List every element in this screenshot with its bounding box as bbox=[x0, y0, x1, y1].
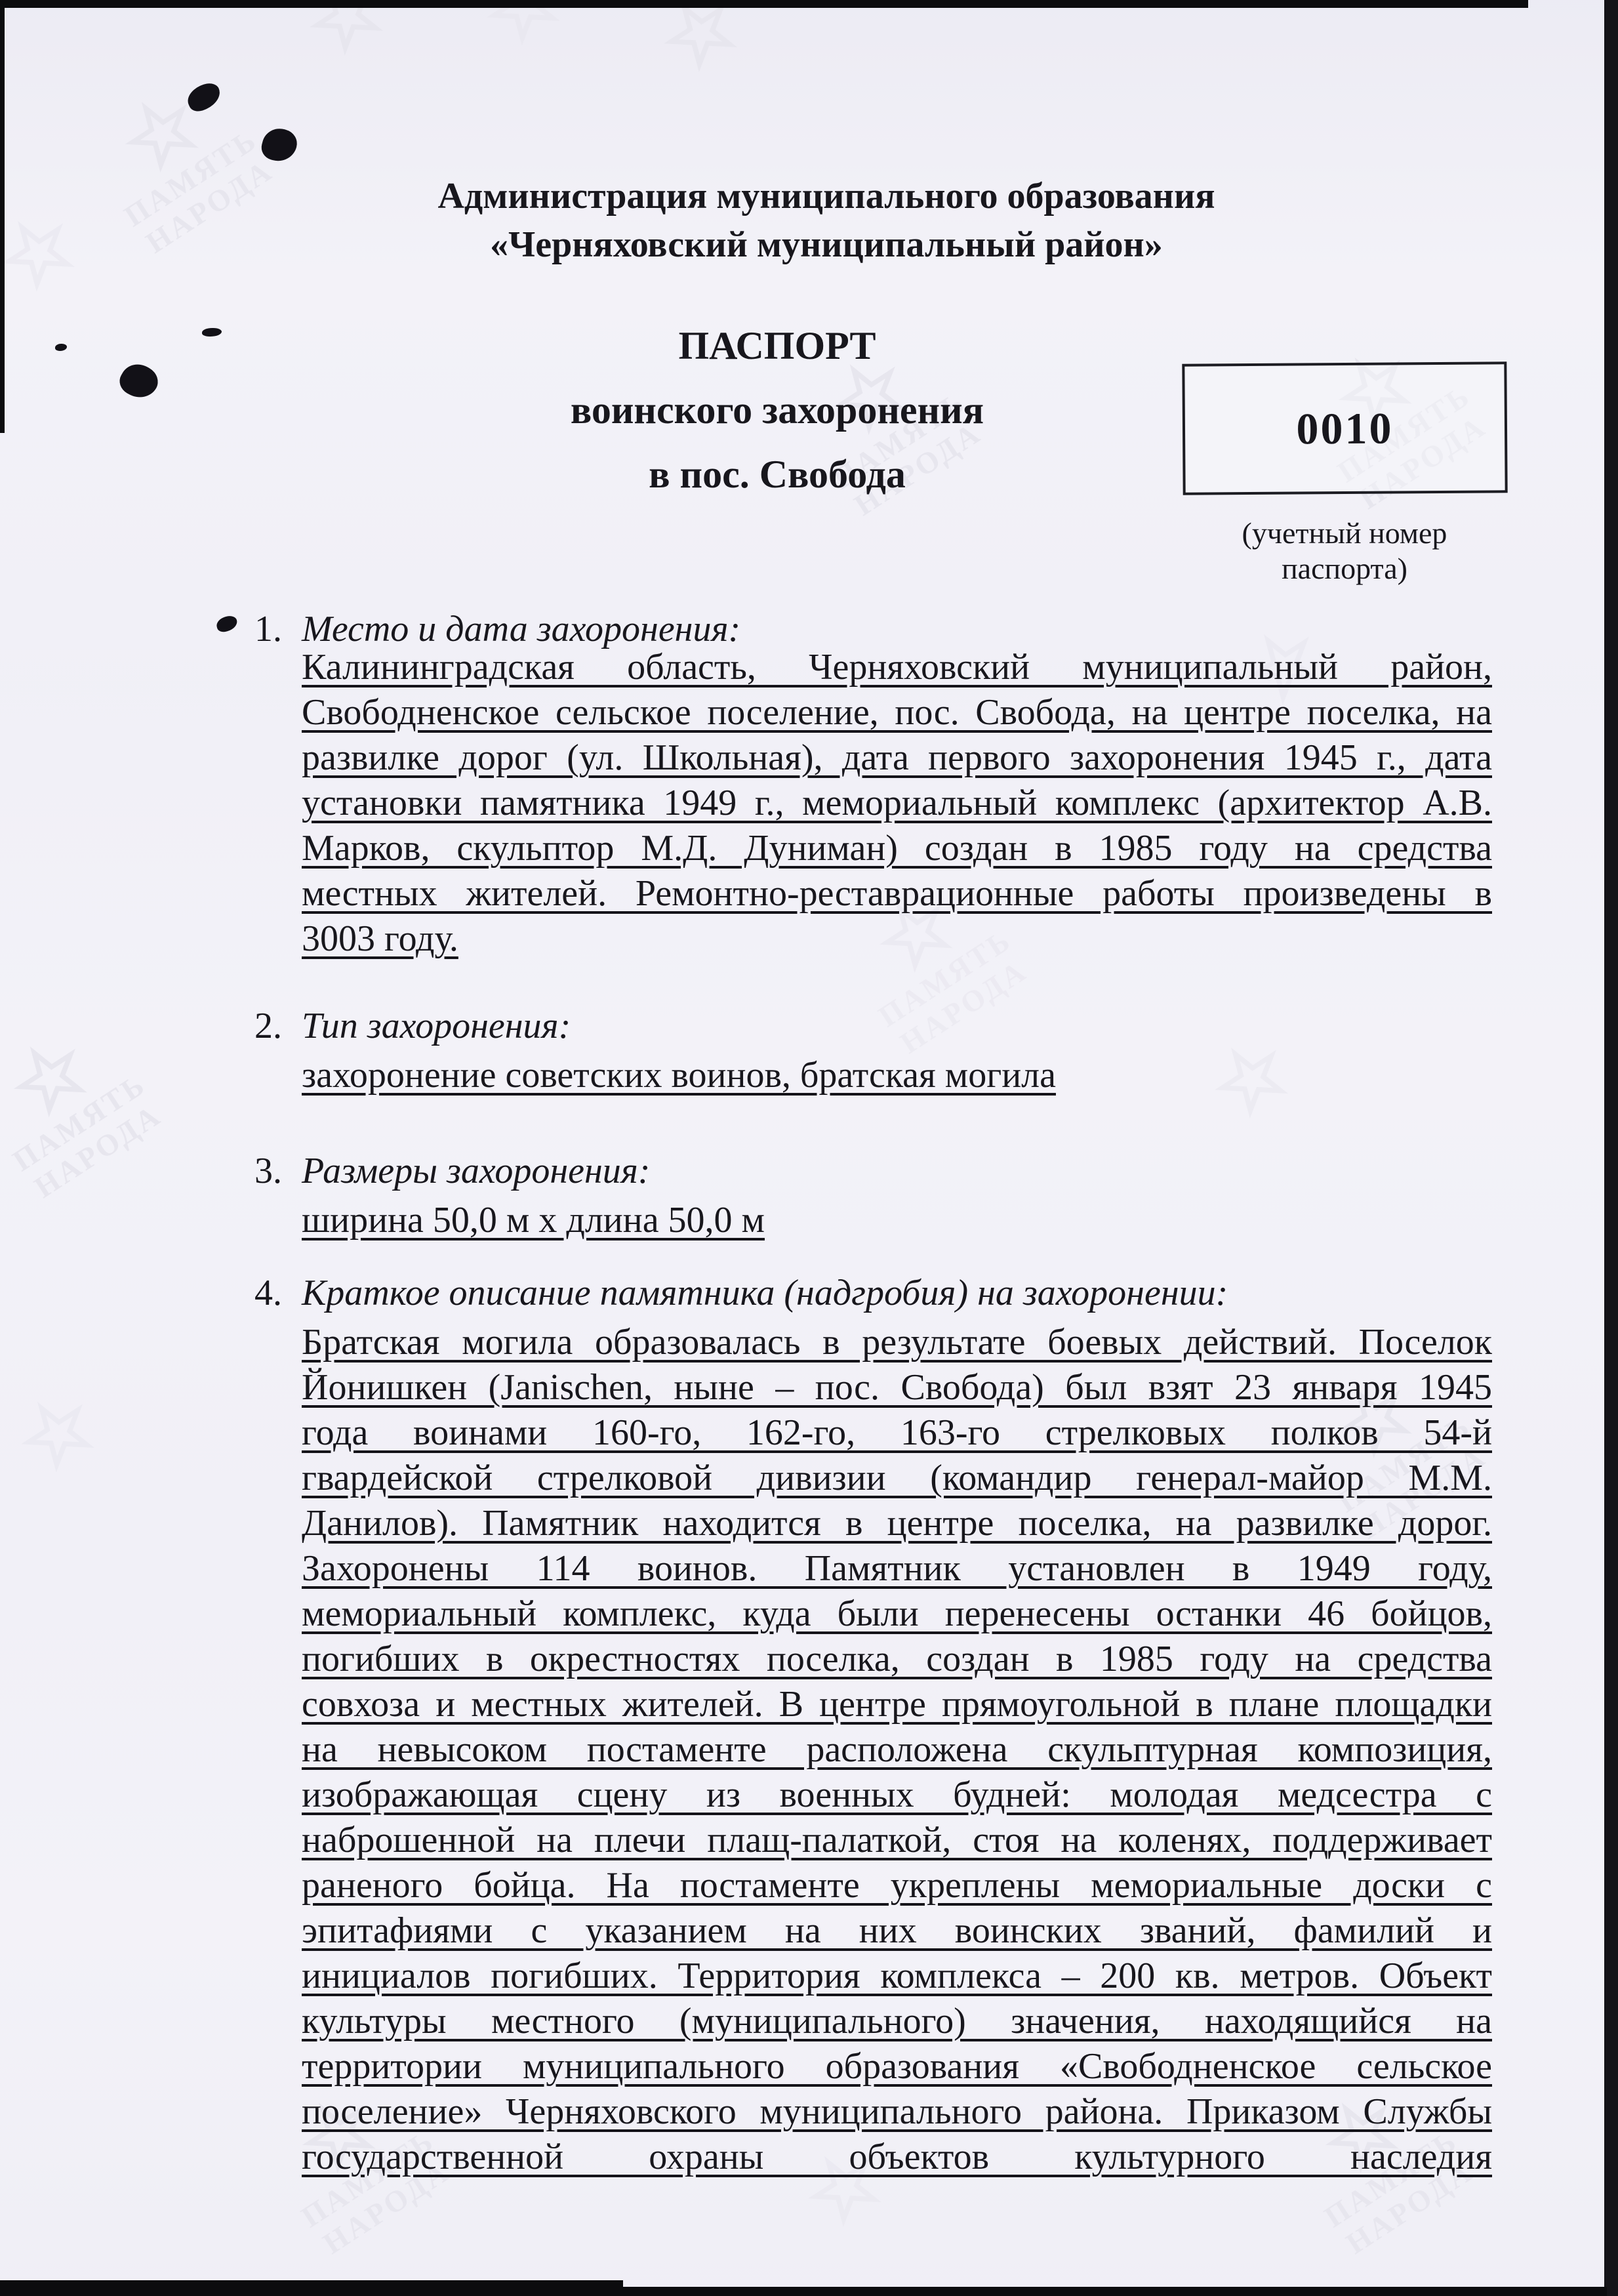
body-line: Данилов). Памятник находится в центре по… bbox=[302, 1501, 1492, 1546]
ink-speck bbox=[115, 358, 163, 404]
title-line3: в пос. Свобода bbox=[407, 442, 1148, 506]
ink-speck bbox=[202, 328, 222, 337]
section-1-heading: 1. Место и дата захоронения: bbox=[302, 609, 1492, 649]
ink-speck bbox=[258, 125, 300, 165]
body-line: наброшенной на плечи плащ-палаткой, стоя… bbox=[302, 1818, 1492, 1863]
body-line: установки памятника 1949 г., мемориальны… bbox=[302, 781, 1492, 826]
body-line: захоронение советских воинов, братская м… bbox=[302, 1053, 1492, 1098]
star-icon: ☆ bbox=[0, 1006, 134, 1149]
section-1-number: 1. bbox=[254, 609, 282, 649]
watermark: ☆ bbox=[6, 1382, 110, 1485]
body-line: совхоза и местных жителей. В центре прям… bbox=[302, 1682, 1492, 1727]
body-line: раненого бойца. На постаменте укреплены … bbox=[302, 1863, 1492, 1908]
body-line: поселение» Черняховского муниципального … bbox=[302, 2089, 1492, 2135]
section-4-heading-text: Краткое описание памятника (надгробия) н… bbox=[302, 1273, 1228, 1313]
section-2-number: 2. bbox=[254, 1006, 282, 1046]
watermark: ☆ bbox=[649, 0, 752, 84]
scan-edge-top bbox=[0, 0, 1528, 8]
scan-edge-bottom bbox=[0, 2280, 623, 2296]
body-line: гвардейской стрелковой дивизии (командир… bbox=[302, 1456, 1492, 1501]
section-2-body: захоронение советских воинов, братская м… bbox=[302, 1053, 1492, 1098]
watermark: ☆ bbox=[294, 0, 398, 68]
body-line: года воинами 160-го, 162-го, 163-го стре… bbox=[302, 1410, 1492, 1456]
star-icon: ☆ bbox=[294, 0, 398, 68]
section-3-heading: 3. Размеры захоронения: bbox=[302, 1151, 1492, 1191]
title-line1: ПАСПОРТ bbox=[407, 314, 1148, 378]
section-4-number: 4. bbox=[254, 1273, 282, 1313]
watermark: ☆ bbox=[0, 201, 90, 304]
scan-edge-left bbox=[0, 0, 5, 433]
body-line: развилке дорог (ул. Школьная), дата перв… bbox=[302, 735, 1492, 781]
body-line: изображающая сцену из военных будней: мо… bbox=[302, 1773, 1492, 1818]
organization-line1: Администрация муниципального образования bbox=[177, 172, 1476, 220]
ink-speck bbox=[215, 614, 239, 634]
body-line: территории муниципального образования «С… bbox=[302, 2044, 1492, 2089]
body-line: эпитафиями с указанием на них воинских з… bbox=[302, 1908, 1492, 1954]
passport-number-box: 0010 bbox=[1182, 361, 1507, 495]
passport-number-caption: (учетный номер паспорта) bbox=[1177, 516, 1512, 586]
body-line: культуры местного (муниципального) значе… bbox=[302, 1999, 1492, 2044]
star-icon: ☆ bbox=[472, 0, 575, 58]
ink-speck bbox=[184, 79, 224, 115]
watermark-text: НАРОДА bbox=[26, 1096, 171, 1206]
passport-number: 0010 bbox=[1184, 364, 1505, 492]
scan-edge-right bbox=[1604, 0, 1618, 2296]
section-1-body: Калининградская область, Черняховский му… bbox=[302, 645, 1492, 962]
body-line: ширина 50,0 м х длина 50,0 м bbox=[302, 1198, 1492, 1243]
star-icon: ☆ bbox=[649, 0, 752, 84]
section-3-body: ширина 50,0 м х длина 50,0 м bbox=[302, 1198, 1492, 1243]
section-3-number: 3. bbox=[254, 1151, 282, 1191]
scanned-document-page: { "header": { "line1": "Администрация му… bbox=[0, 0, 1618, 2296]
body-line: Йонишкен (Janischen, ныне – пос. Свобода… bbox=[302, 1365, 1492, 1410]
section-4-heading: 4. Краткое описание памятника (надгробия… bbox=[302, 1273, 1492, 1313]
watermark-text: ПАМЯТЬ bbox=[7, 1067, 152, 1178]
body-line: на невысоком постаменте расположена скул… bbox=[302, 1727, 1492, 1773]
section-4-body: Братская могила образовалась в результат… bbox=[302, 1320, 1492, 2180]
star-icon: ☆ bbox=[0, 201, 90, 304]
body-line: местных жителей. Ремонтно-реставрационны… bbox=[302, 871, 1492, 916]
body-line: инициалов погибших. Территория комплекса… bbox=[302, 1954, 1492, 1999]
body-line: погибших в окрестностях поселка, создан … bbox=[302, 1637, 1492, 1682]
body-line: Свободненское сельское поселение, пос. С… bbox=[302, 690, 1492, 735]
section-1-heading-text: Место и дата захоронения: bbox=[302, 609, 740, 649]
section-2-heading-text: Тип захоронения: bbox=[302, 1006, 571, 1046]
section-3-heading-text: Размеры захоронения: bbox=[302, 1151, 650, 1191]
scan-edge-bottom bbox=[617, 2287, 1607, 2296]
body-line: 3003 году. bbox=[302, 916, 1492, 962]
body-line: Марков, скульптор М.Д. Дуниман) создан в… bbox=[302, 826, 1492, 871]
body-line: Братская могила образовалась в результат… bbox=[302, 1320, 1492, 1365]
body-line: Захоронены 114 воинов. Памятник установл… bbox=[302, 1546, 1492, 1591]
ink-speck bbox=[55, 344, 67, 351]
organization-line2: «Черняховский муниципальный район» bbox=[177, 220, 1476, 269]
organization-header: Администрация муниципального образования… bbox=[177, 172, 1476, 269]
star-icon: ☆ bbox=[6, 1382, 110, 1485]
document-title: ПАСПОРТ воинского захоронения в пос. Сво… bbox=[407, 314, 1148, 506]
title-line2: воинского захоронения bbox=[407, 378, 1148, 442]
body-line: государственной охраны объектов культурн… bbox=[302, 2135, 1492, 2180]
section-2-heading: 2. Тип захоронения: bbox=[302, 1006, 1492, 1046]
watermark: ☆ ПАМЯТЬ НАРОДА bbox=[0, 1006, 171, 1206]
body-line: мемориальный комплекс, куда были перенес… bbox=[302, 1591, 1492, 1637]
body-line: Калининградская область, Черняховский му… bbox=[302, 645, 1492, 690]
watermark: ☆ bbox=[472, 0, 575, 58]
